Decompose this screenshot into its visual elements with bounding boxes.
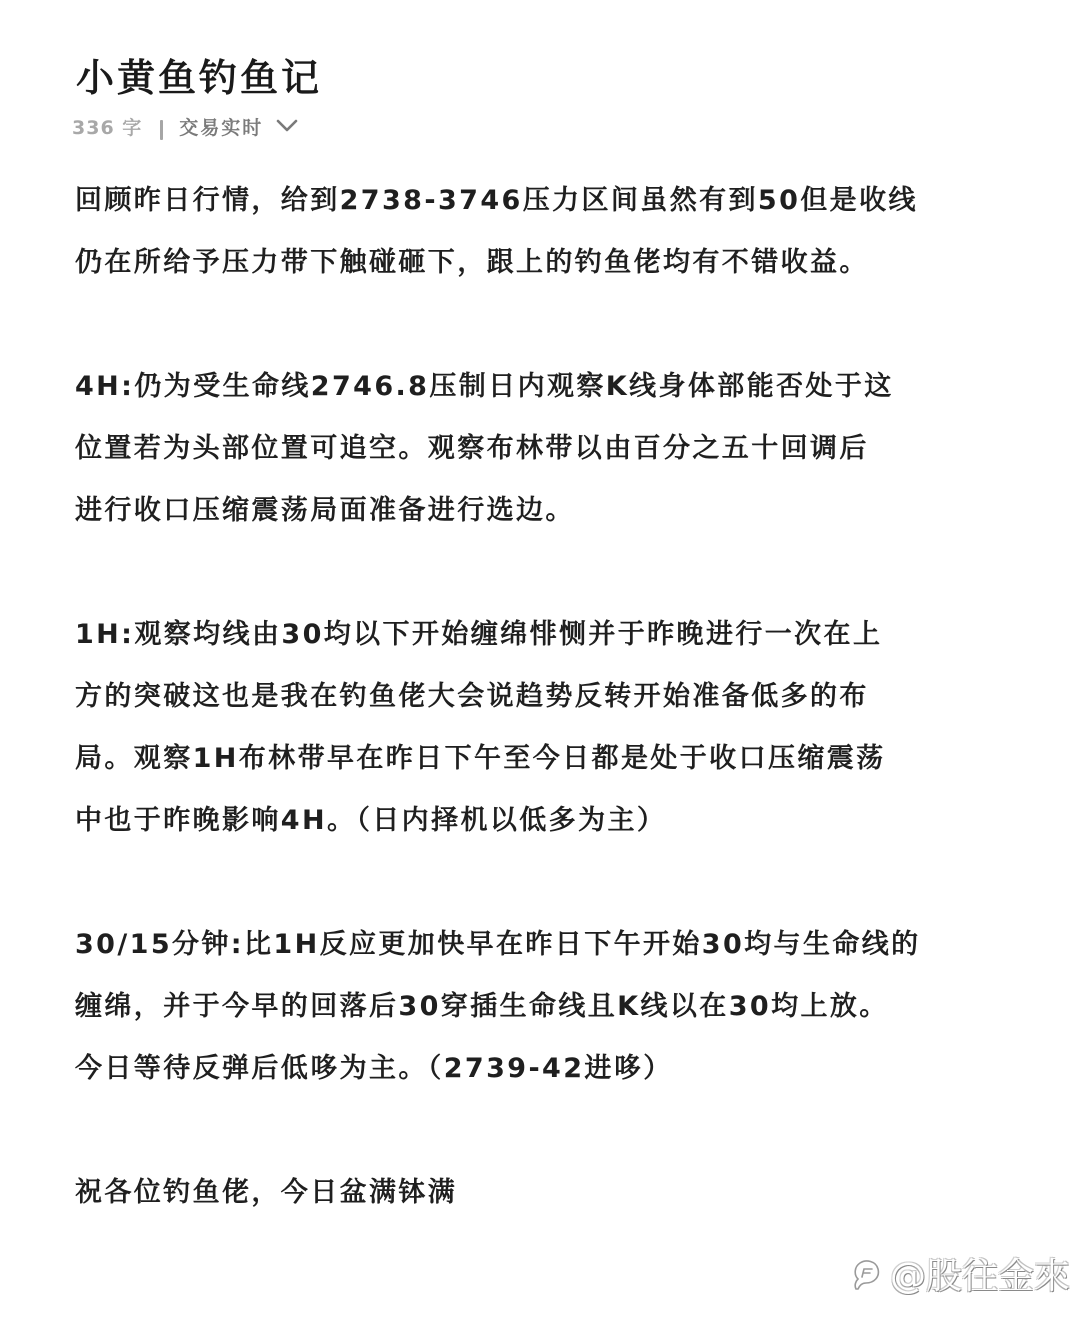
text-line: 回顾昨日行情，给到2738-3746压力区间虽然有到50但是收线: [75, 170, 1015, 232]
category-dropdown[interactable]: 交易实时: [179, 113, 299, 140]
category-label: 交易实时: [179, 113, 263, 140]
paragraph-gap: [75, 1100, 1015, 1162]
text-line: 位置若为头部位置可追空。观察布林带以由百分之五十回调后: [75, 418, 1015, 480]
paragraph-gap: [75, 294, 1015, 356]
text-line: 1H:观察均线由30均以下开始缠绵悱恻并于昨晚进行一次在上: [75, 604, 1015, 666]
watermark: @股往金來: [848, 1248, 1070, 1299]
watermark-text: @股往金來: [890, 1248, 1070, 1299]
chevron-down-icon: [275, 118, 299, 134]
text-line: 4H:仍为受生命线2746.8压制日内观察K线身体部能否处于这: [75, 356, 1015, 418]
article-meta: 336 字 交易实时: [72, 108, 299, 144]
text-line: 中也于昨晚影响4H。（日内择机以低多为主）: [75, 790, 1015, 852]
platform-logo-icon: [848, 1255, 886, 1293]
text-line: 仍在所给予压力带下触碰砸下，跟上的钓鱼佬均有不错收益。: [75, 232, 1015, 294]
article-page: 小黄鱼钓鱼记 336 字 交易实时 回顾昨日行情，给到2738-3746压力区间…: [0, 0, 1080, 1335]
paragraph-gap: [75, 852, 1015, 914]
paragraph-closing: 祝各位钓鱼佬，今日盆满钵满: [75, 1162, 1015, 1224]
text-line: 30/15分钟:比1H反应更加快早在昨日下午开始30均与生命线的: [75, 914, 1015, 976]
text-line: 今日等待反弹后低哆为主。（2739-42进哆）: [75, 1038, 1015, 1100]
text-line: 进行收口压缩震荡局面准备进行选边。: [75, 480, 1015, 542]
paragraph-review: 回顾昨日行情，给到2738-3746压力区间虽然有到50但是收线 仍在所给予压力…: [75, 170, 1015, 294]
paragraph-gap: [75, 542, 1015, 604]
paragraph-1h: 1H:观察均线由30均以下开始缠绵悱恻并于昨晚进行一次在上 方的突破这也是我在钓…: [75, 604, 1015, 852]
article-title: 小黄鱼钓鱼记: [76, 53, 322, 103]
word-count: 336 字: [72, 113, 142, 140]
meta-divider: [160, 120, 163, 140]
text-line: 局。观察1H布林带早在昨日下午至今日都是处于收口压缩震荡: [75, 728, 1015, 790]
paragraph-30-15min: 30/15分钟:比1H反应更加快早在昨日下午开始30均与生命线的 缠绵，并于今早…: [75, 914, 1015, 1100]
text-line: 方的突破这也是我在钓鱼佬大会说趋势反转开始准备低多的布: [75, 666, 1015, 728]
text-line: 缠绵，并于今早的回落后30穿插生命线且K线以在30均上放。: [75, 976, 1015, 1038]
article-body: 回顾昨日行情，给到2738-3746压力区间虽然有到50但是收线 仍在所给予压力…: [75, 170, 1015, 1224]
paragraph-4h: 4H:仍为受生命线2746.8压制日内观察K线身体部能否处于这 位置若为头部位置…: [75, 356, 1015, 542]
text-line: 祝各位钓鱼佬，今日盆满钵满: [75, 1162, 1015, 1224]
